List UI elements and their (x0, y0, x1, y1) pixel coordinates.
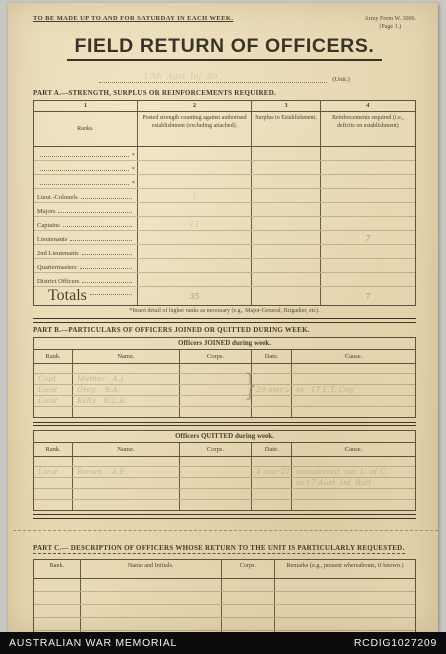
higher-rank-asterisk: * (132, 167, 135, 173)
form-content: TO BE MADE UP TO AND FOR SATURDAY IN EAC… (33, 15, 416, 650)
rank-label: Quartermasters (37, 265, 77, 272)
unit-row: 17th Aust Inf Bn (Unit.) (33, 69, 416, 83)
joined-column-headers: Rank. Name. Corps. Date. Cause. (34, 350, 415, 364)
dotted-leader (63, 226, 132, 227)
col-head-rank: Rank. (34, 350, 72, 363)
part-a-column-numbers: 1 2 3 4 (34, 101, 415, 112)
totals-posted-value: 35 (138, 289, 251, 305)
awm-footer-right: RCDIG1027209 (354, 637, 437, 649)
reinforcements-value: 7 (321, 233, 415, 244)
section-divider-rule (33, 422, 416, 427)
rank-row: Lieut.-Colonels 1 (34, 189, 415, 203)
name-entry: Kelly W.L.R. (77, 396, 177, 406)
joined-row (34, 364, 415, 374)
cause-entry: transferred via L. of C. (296, 467, 413, 477)
rank-label: District Officers (37, 279, 79, 286)
quitted-row (34, 489, 415, 500)
col-head-surplus: Surplus to Establishment. (251, 112, 320, 146)
rank-entry: Lieut (38, 385, 70, 395)
col-head-name-initials: Name and Initials. (80, 560, 221, 578)
form-title: FIELD RETURN OF OFFICERS. (67, 35, 383, 61)
cause-entry: to 17 L.T. Coy (296, 385, 413, 395)
quitted-row (34, 457, 415, 467)
dotted-leader (58, 212, 131, 213)
rank-label: Lieutenants (37, 237, 67, 244)
dotted-leader (40, 170, 129, 171)
col-num-4: 4 (320, 101, 415, 111)
col-num-2: 2 (137, 101, 251, 111)
officers-joined-table: Officers JOINED during week. Rank. Name.… (33, 337, 416, 418)
posted-value: 1 (138, 191, 251, 202)
part-c-column-headers: Rank. Name and Initials. Corps. Remarks … (34, 560, 415, 579)
part-a-heading: PART A.—STRENGTH, SURPLUS OR REINFORCEME… (33, 89, 416, 97)
higher-rank-asterisk: * (132, 181, 135, 187)
weekly-instruction-note: TO BE MADE UP TO AND FOR SATURDAY IN EAC… (33, 15, 233, 22)
rank-row: Quartermasters (34, 259, 415, 273)
form-number-text: Army Form W. 3006. (364, 15, 416, 23)
quitted-row: to 17 Aust Inf Batt (34, 478, 415, 489)
perforation-dashed-line (13, 530, 438, 531)
totals-row: Totals 35 7 (34, 287, 415, 305)
col-head-corps: Corps. (221, 560, 274, 578)
part-c-row (34, 579, 415, 592)
totals-label: Totals (48, 288, 87, 304)
scanned-form-page: TO BE MADE UP TO AND FOR SATURDAY IN EAC… (8, 3, 438, 632)
col-head-corps: Corps. (179, 350, 251, 363)
col-head-posted-strength: Posted strength counting against authori… (137, 112, 251, 146)
dotted-leader (80, 268, 132, 269)
col-head-cause: Cause. (291, 443, 415, 456)
form-page-text: (Page 1.) (364, 23, 416, 31)
dotted-leader (81, 198, 132, 199)
col-head-name: Name. (72, 350, 179, 363)
joined-row (34, 407, 415, 417)
dotted-leader (40, 184, 129, 185)
date-entry: 4 mar 21 (256, 467, 289, 477)
rank-row: * (34, 175, 415, 189)
col-head-remarks: Remarks (e.g., present whereabouts, if k… (274, 560, 415, 578)
dotted-leader (82, 254, 132, 255)
part-c-table: Rank. Name and Initials. Corps. Remarks … (33, 559, 416, 644)
army-form-number: Army Form W. 3006. (Page 1.) (364, 15, 416, 31)
section-divider-rule (33, 514, 416, 519)
dotted-leader (40, 156, 129, 157)
awm-footer-left: AUSTRALIAN WAR MEMORIAL (9, 637, 177, 649)
quitted-row (34, 500, 415, 510)
joined-row: Capt Mather A.J. (34, 374, 415, 385)
rank-row: Lieutenants 7 (34, 231, 415, 245)
date-entry: 29 mar 21 (256, 385, 289, 395)
col-head-rank: Rank. (34, 443, 72, 456)
part-c-row (34, 618, 415, 631)
col-head-date: Date. (251, 443, 291, 456)
awm-footer-bar: AUSTRALIAN WAR MEMORIAL RCDIG1027209 (0, 632, 446, 654)
unit-entry-line: 17th Aust Inf Bn (99, 69, 327, 83)
rank-row: 2nd Lieutenants (34, 245, 415, 259)
col-head-cause: Cause. (291, 350, 415, 363)
rank-label: Lieut.-Colonels (37, 195, 78, 202)
rank-entry: Lieut (38, 396, 70, 406)
form-title-wrap: FIELD RETURN OF OFFICERS. (33, 35, 416, 61)
higher-rank-asterisk: * (132, 153, 135, 159)
joined-row: Lieut Kelly W.L.R. (34, 396, 415, 407)
col-head-ranks: Ranks. (34, 112, 137, 146)
part-a-column-headers: Ranks. Posted strength counting against … (34, 112, 415, 147)
quitted-caption: Officers QUITTED during week. (34, 431, 415, 443)
rank-label: Captains (37, 223, 60, 230)
col-head-corps: Corps. (179, 443, 251, 456)
rank-row: District Officers (34, 273, 415, 287)
col-num-1: 1 (34, 101, 137, 111)
name-entry: Brown A.E. (77, 467, 177, 477)
dotted-leader (70, 240, 132, 241)
dotted-leader (82, 282, 132, 283)
col-head-name: Name. (72, 443, 179, 456)
cause-entry: to 17 Aust Inf Batt (296, 478, 413, 488)
rank-row: Captains 11 (34, 217, 415, 231)
part-a-footnote: *Insert detail of higher ranks as necess… (33, 308, 416, 314)
joined-caption: Officers JOINED during week. (34, 338, 415, 350)
totals-reinforcements-value: 7 (321, 289, 415, 305)
part-c-row (34, 592, 415, 605)
rank-entry: Capt (38, 374, 70, 384)
part-a-table: 1 2 3 4 Ranks. Posted strength counting … (33, 100, 416, 306)
name-entry: Mather A.J. (77, 374, 177, 384)
col-head-reinforcements: Reinforcements required (i.e., deficits … (320, 112, 415, 146)
rank-label: Majors (37, 209, 55, 216)
col-head-rank: Rank. (34, 560, 80, 578)
dotted-leader (90, 294, 132, 295)
form-top-line: TO BE MADE UP TO AND FOR SATURDAY IN EAC… (33, 15, 416, 31)
posted-value: 11 (138, 219, 251, 230)
unit-label: (Unit.) (332, 76, 350, 83)
name-entry: Gray S.A. (77, 385, 177, 395)
quitted-column-headers: Rank. Name. Corps. Date. Cause. (34, 443, 415, 457)
section-divider-rule (33, 318, 416, 323)
quitted-row: Lieut Brown A.E. 4 mar 21 transferred vi… (34, 467, 415, 478)
col-num-3: 3 (251, 101, 320, 111)
officers-quitted-table: Officers QUITTED during week. Rank. Name… (33, 430, 416, 511)
part-c-row (34, 605, 415, 618)
part-c-heading: PART C.— DESCRIPTION OF OFFICERS WHOSE R… (33, 544, 405, 554)
part-c-heading-wrap: PART C.— DESCRIPTION OF OFFICERS WHOSE R… (33, 537, 416, 555)
rank-row: * (34, 147, 415, 161)
rank-entry: Lieut (38, 467, 70, 477)
rank-row: * (34, 161, 415, 175)
rank-label: 2nd Lieutenants (37, 251, 79, 258)
rank-row: Majors (34, 203, 415, 217)
unit-handwriting: 17th Aust Inf Bn (143, 72, 217, 81)
handwritten-brace-mark: } (244, 371, 257, 401)
col-head-date: Date. (251, 350, 291, 363)
joined-row: Lieut Gray S.A. 29 mar 21 to 17 L.T. Coy (34, 385, 415, 396)
part-b-heading: PART B.—PARTICULARS OF OFFICERS JOINED O… (33, 326, 416, 334)
